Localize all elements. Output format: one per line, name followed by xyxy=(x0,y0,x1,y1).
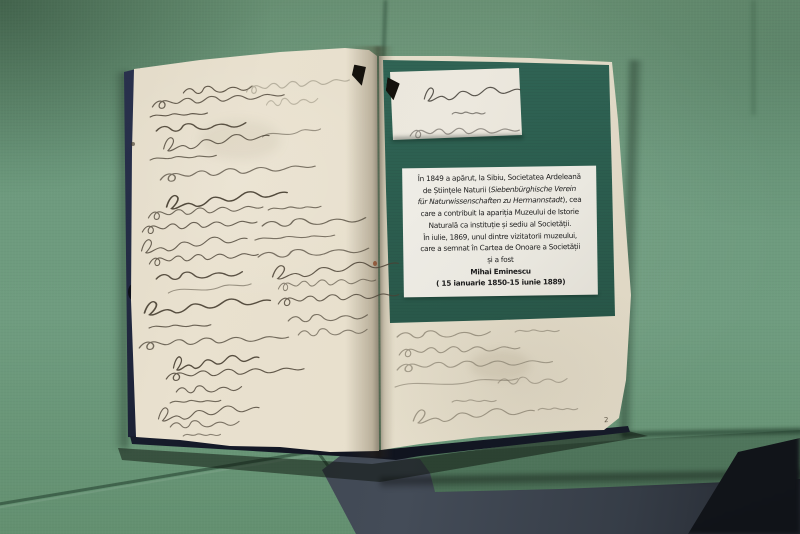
handwritten-signatures xyxy=(0,0,800,534)
page-number: 2 xyxy=(604,416,616,425)
photograph: În 1849 a apărut, la Sibiu, Societatea A… xyxy=(0,0,800,534)
